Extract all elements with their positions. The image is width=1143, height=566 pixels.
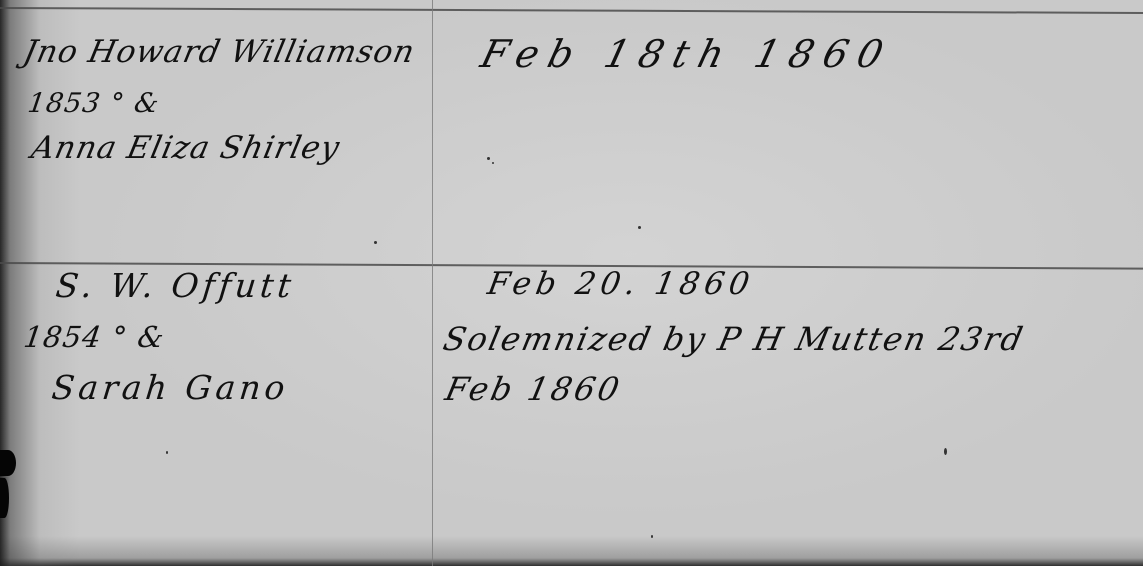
ledger-page: Jno Howard Williamson 1853 ° & Anna Eliz… [0, 0, 1143, 566]
ink-speck [166, 451, 168, 454]
entry-2-year-line: 1854 ° & [22, 320, 167, 354]
ink-speck [651, 535, 653, 538]
binding-edge-mark [0, 450, 16, 476]
ink-speck [492, 162, 494, 164]
ink-speck [374, 241, 377, 244]
ink-speck [638, 226, 641, 229]
entry-2-solemnized-date: Feb 1860 [442, 370, 626, 408]
binding-edge-mark [0, 478, 9, 518]
entry-2-date: Feb 20. 1860 [485, 266, 757, 302]
column-divider-line [432, 0, 433, 566]
entry-1-groom-name: Jno Howard Williamson [20, 34, 418, 70]
top-ruled-line [0, 7, 1143, 14]
entry-1-bride-name: Anna Eliza Shirley [28, 130, 343, 166]
entry-2-groom-name: S. W. Offutt [54, 266, 297, 305]
entry-2-bride-name: Sarah Gano [50, 368, 291, 407]
entry-1-year-line: 1853 ° & [26, 88, 162, 119]
ink-speck [487, 157, 490, 160]
entry-2-solemnized-note: Solemnized by P H Mutten 23rd [440, 320, 1028, 358]
ink-speck [944, 448, 947, 455]
entry-1-date: Feb 18th 1860 [477, 32, 898, 76]
